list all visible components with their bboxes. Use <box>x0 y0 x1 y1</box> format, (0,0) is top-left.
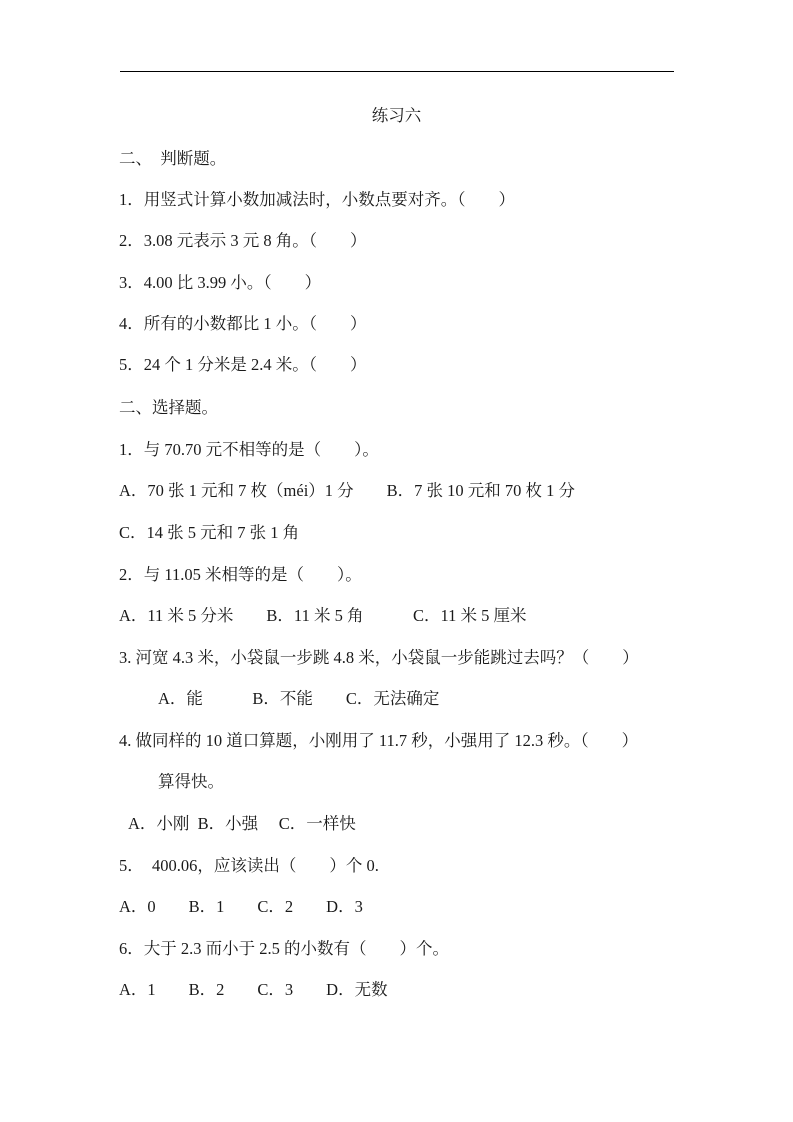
section-heading-choice: 二、选择题。 <box>119 398 218 418</box>
choice-q6-options: A．1 B．2 C．3 D．无数 <box>119 980 388 1000</box>
choice-q2-options: A．11 米 5 分米 B．11 米 5 角 C．11 米 5 厘米 <box>119 606 526 626</box>
choice-q3-stem: 3. 河宽 4.3 米，小袋鼠一步跳 4.8 米，小袋鼠一步能跳过去吗？（ ） <box>119 648 639 668</box>
choice-q4-options: A．小刚 B．小强 C．一样快 <box>128 814 356 834</box>
choice-q1-stem: 1．与 70.70 元不相等的是（ ）。 <box>119 440 379 460</box>
judge-item-3: 3．4.00 比 3.99 小。（ ） <box>119 273 321 293</box>
judge-item-5: 5．24 个 1 分米是 2.4 米。（ ） <box>119 355 367 375</box>
judge-item-4: 4．所有的小数都比 1 小。（ ） <box>119 314 367 334</box>
choice-q3-options: A．能 B．不能 C．无法确定 <box>158 689 439 709</box>
choice-q4-stem: 4. 做同样的 10 道口算题，小刚用了 11.7 秒，小强用了 12.3 秒。… <box>119 731 638 751</box>
choice-q4-stem-cont: 算得快。 <box>158 772 224 792</box>
choice-q1-options-line1: A．70 张 1 元和 7 枚（méi）1 分 B．7 张 10 元和 70 枚… <box>119 481 575 501</box>
page-title: 练习六 <box>0 106 793 126</box>
section-heading-judge: 二、 判断题。 <box>119 149 226 169</box>
choice-q6-stem: 6．大于 2.3 而小于 2.5 的小数有（ ）个。 <box>119 939 449 959</box>
choice-q5-stem: 5． 400.06，应该读出（ ）个 0. <box>119 856 379 876</box>
judge-item-1: 1．用竖式计算小数加减法时，小数点要对齐。（ ） <box>119 190 515 210</box>
choice-q1-options-line2: C．14 张 5 元和 7 张 1 角 <box>119 523 299 543</box>
judge-item-2: 2．3.08 元表示 3 元 8 角。（ ） <box>119 231 367 251</box>
choice-q5-options: A．0 B．1 C．2 D．3 <box>119 897 363 917</box>
header-rule <box>120 71 674 72</box>
choice-q2-stem: 2．与 11.05 米相等的是（ ）。 <box>119 565 362 585</box>
